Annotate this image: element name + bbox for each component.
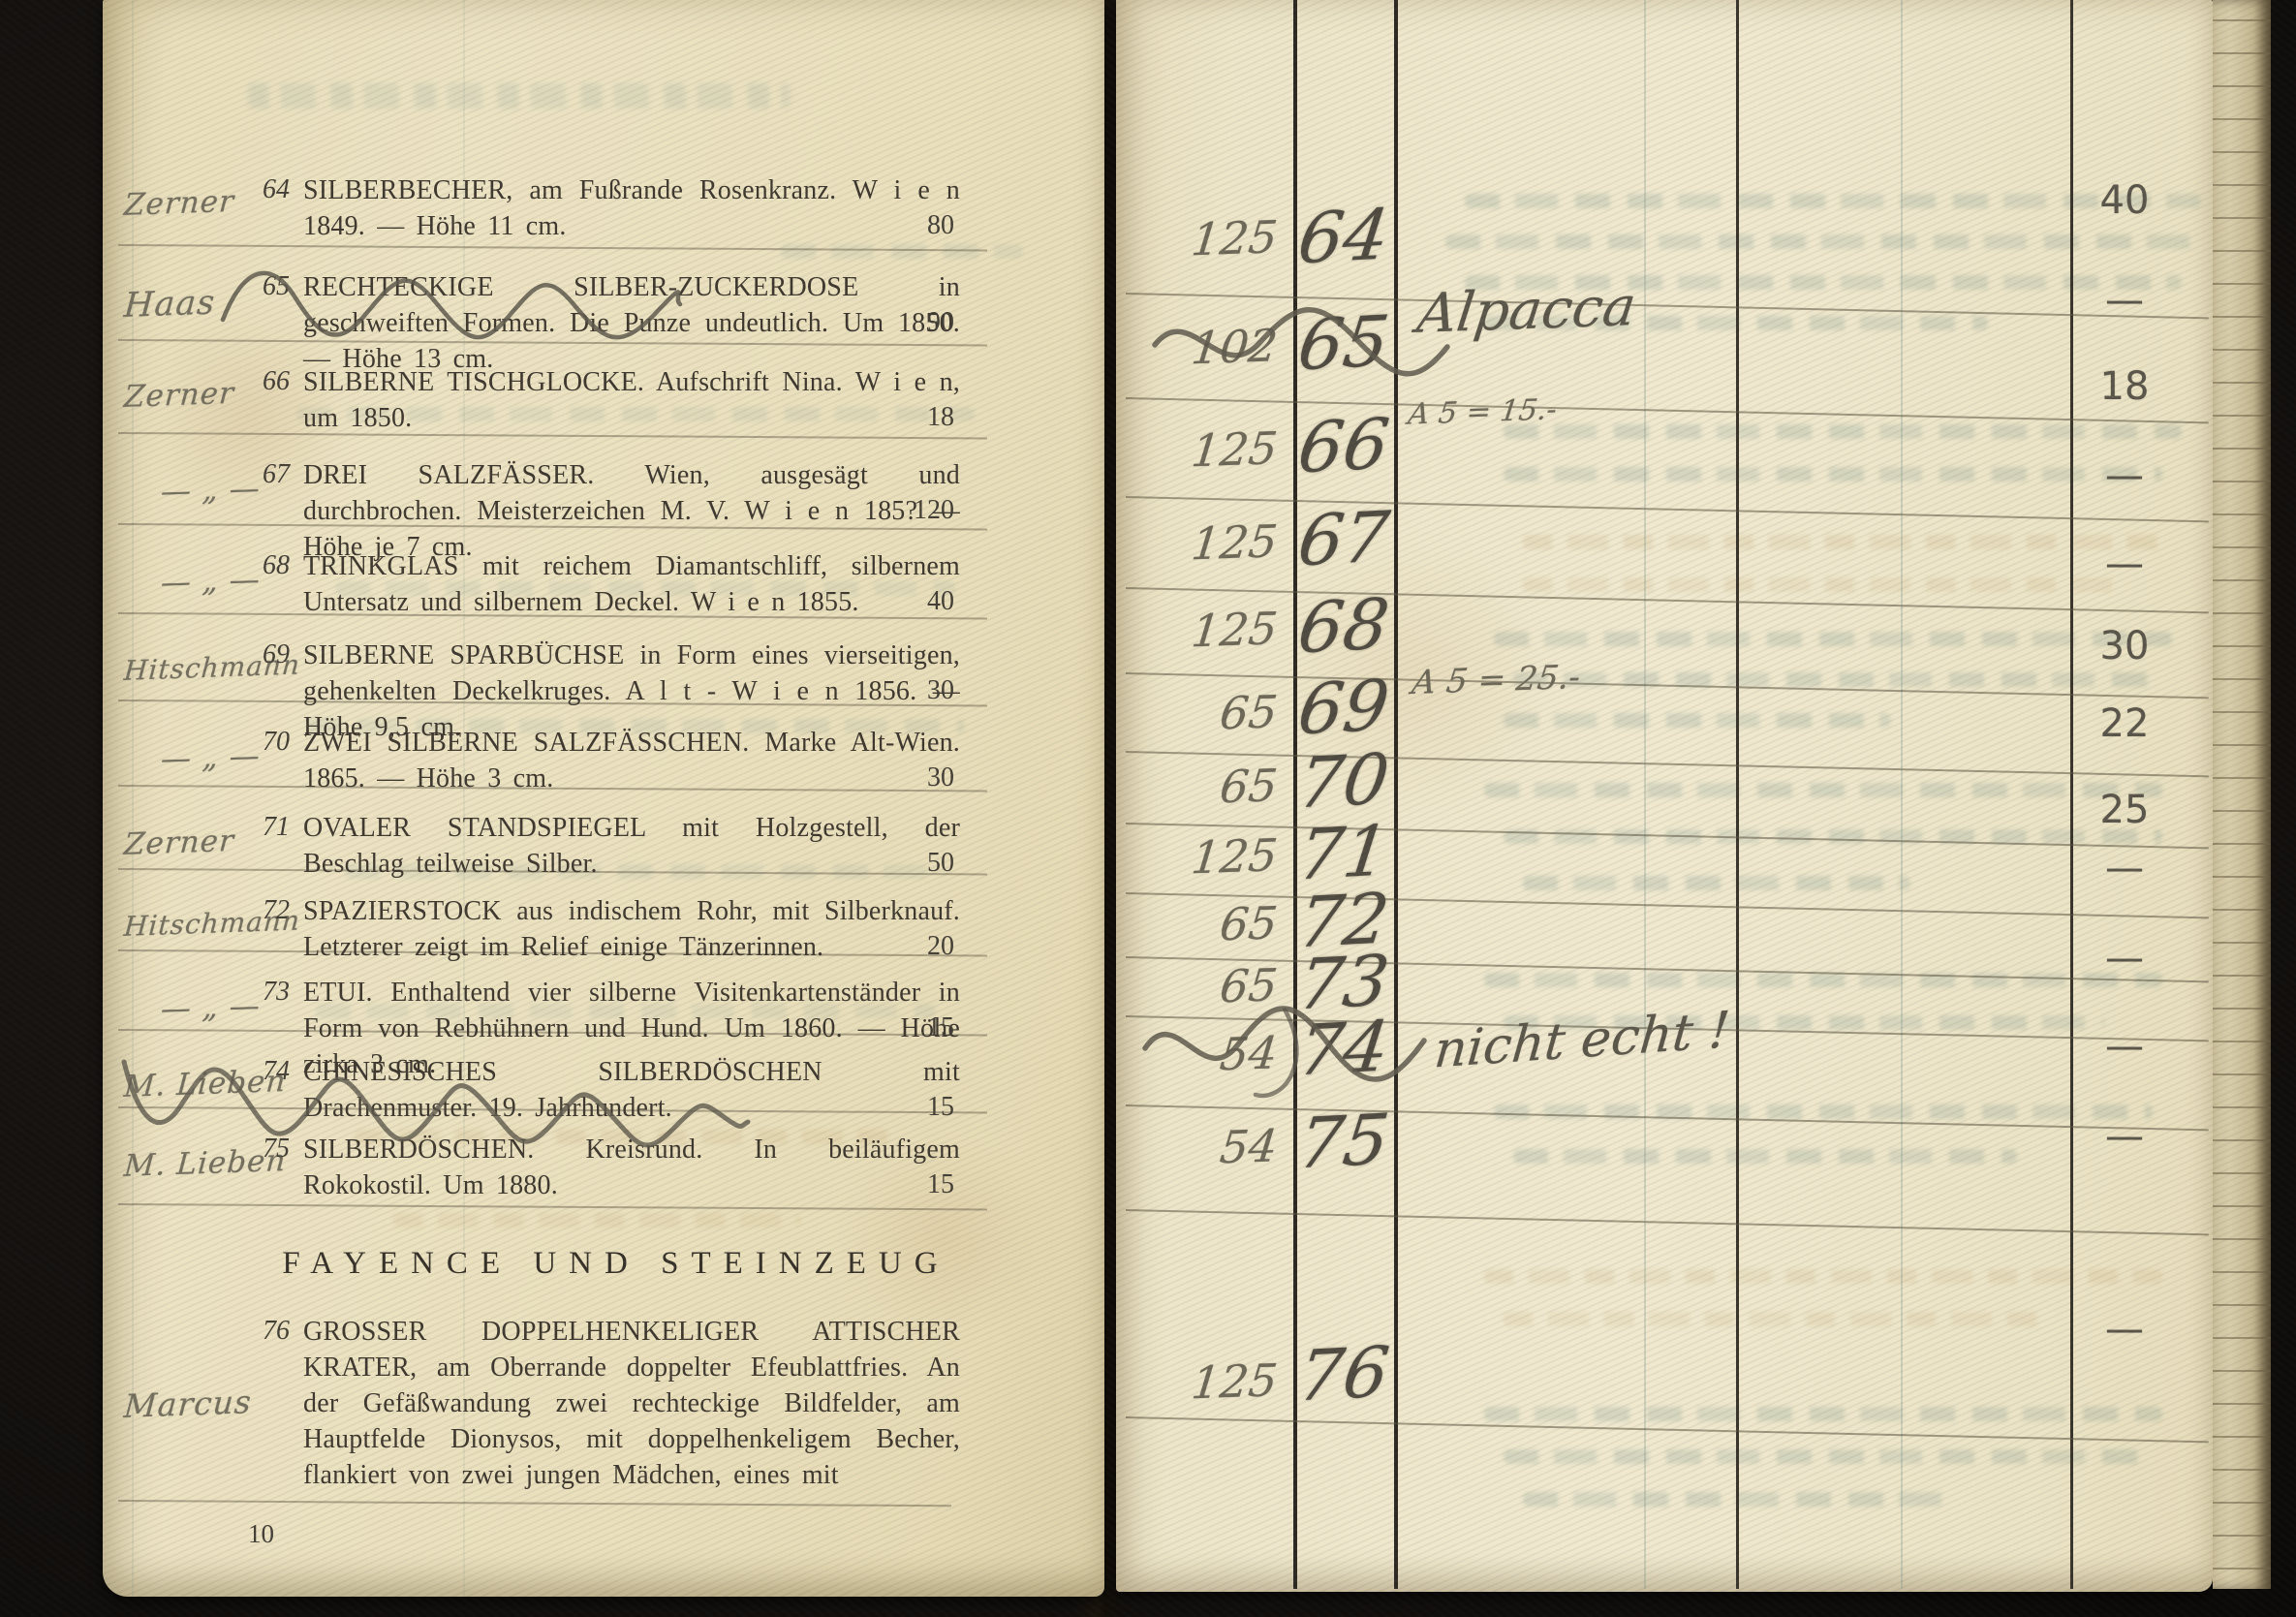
margin-value: — bbox=[2078, 936, 2171, 980]
annotation-a5: A 5 = 25.- bbox=[1410, 658, 1582, 702]
entry-number: 67 bbox=[243, 459, 290, 490]
lot-number: 67 bbox=[1273, 495, 1413, 583]
entry-number: 76 bbox=[243, 1316, 290, 1347]
entry-number: 68 bbox=[243, 550, 290, 581]
lot-number: 76 bbox=[1273, 1330, 1413, 1418]
footer-rule bbox=[118, 1500, 951, 1507]
lot-number: 66 bbox=[1273, 402, 1413, 490]
entry-estimate: 20 bbox=[867, 931, 954, 962]
bleed-through-text bbox=[1484, 783, 2162, 797]
entry-number: 66 bbox=[243, 366, 290, 397]
ledger-column-rule-faint bbox=[1901, 0, 1903, 1589]
catalog-entry-70: 70 ZWEI SILBERNE SALZFÄSSCHEN. Marke Alt… bbox=[243, 725, 960, 796]
margin-value: 25 bbox=[2078, 788, 2171, 832]
margin-value: — bbox=[2078, 542, 2171, 586]
strikethrough-squiggle-row-74 bbox=[1139, 1002, 1430, 1108]
margin-value: — bbox=[2078, 278, 2171, 323]
bleed-through-text bbox=[1504, 1312, 2046, 1326]
bleed-through-text bbox=[1523, 876, 1910, 890]
bleed-through-text bbox=[1445, 234, 2201, 249]
hammer-price: 125 bbox=[1127, 421, 1280, 479]
entry-text: OVALER STANDSPIEGEL mit Holzgestell, der… bbox=[303, 810, 960, 882]
margin-value: 18 bbox=[2078, 364, 2171, 409]
entry-estimate: 15 bbox=[867, 1169, 954, 1200]
hammer-price: 65 bbox=[1127, 685, 1280, 742]
hammer-price: 125 bbox=[1127, 514, 1280, 572]
catalog-entry-72: 72 SPAZIERSTOCK aus indischem Rohr, mit … bbox=[243, 893, 960, 965]
bleed-through-text bbox=[248, 83, 791, 109]
bleed-through-text bbox=[1523, 577, 2124, 592]
bleed-column-rule bbox=[132, 0, 134, 1597]
bleed-through-text bbox=[1523, 535, 2162, 549]
entry-number: 73 bbox=[243, 977, 290, 1008]
right-page: 125 64 40 102 65 Alpacca — 125 66 A 5 = … bbox=[1116, 0, 2213, 1592]
page-deckle-edge bbox=[2213, 0, 2271, 1589]
catalog-entry-66: 66 SILBERNE TISCHGLOCKE. Aufschrift Nina… bbox=[243, 364, 960, 436]
lot-number: 64 bbox=[1273, 193, 1413, 281]
page-number: 10 bbox=[248, 1519, 274, 1549]
book-scan: Zerner Haas Zerner — „ — — „ — Hitschman… bbox=[0, 0, 2296, 1617]
entry-text: SPAZIERSTOCK aus indischem Rohr, mit Sil… bbox=[303, 893, 960, 965]
margin-value: — bbox=[2078, 846, 2171, 890]
hammer-price: 54 bbox=[1127, 1119, 1280, 1176]
strikethrough-squiggle-74 bbox=[120, 1046, 750, 1163]
lot-number: 75 bbox=[1273, 1098, 1413, 1186]
entry-text: SILBERBECHER, am Fußrande Rosenkranz. W … bbox=[303, 172, 960, 244]
margin-value: — bbox=[2078, 1114, 2171, 1159]
bleed-through-text bbox=[1484, 1407, 2162, 1421]
entry-number: 71 bbox=[243, 812, 290, 843]
catalog-entry-71: 71 OVALER STANDSPIEGEL mit Holzgestell, … bbox=[243, 810, 960, 882]
entry-number: 70 bbox=[243, 727, 290, 758]
entry-number: 69 bbox=[243, 639, 290, 670]
entry-text: TRINKGLAS mit reichem Diamantschliff, si… bbox=[303, 548, 960, 620]
strikethrough-squiggle-row-65 bbox=[1151, 312, 1451, 395]
entry-number: 72 bbox=[243, 895, 290, 926]
entry-estimate: 30 bbox=[867, 675, 954, 706]
bleed-through-text bbox=[1504, 829, 2162, 844]
catalog-entry-76: 76 GROSSER DOPPELHENKELIGER ATTISCHER KR… bbox=[243, 1314, 960, 1493]
margin-value: — bbox=[2078, 1024, 2171, 1069]
margin-value: — bbox=[2078, 1307, 2171, 1352]
hammer-price: 125 bbox=[1127, 210, 1280, 267]
hammer-price: 65 bbox=[1127, 896, 1280, 953]
ledger-column-rule-faint bbox=[1644, 0, 1646, 1589]
entry-estimate: 50 bbox=[867, 848, 954, 879]
hammer-price: 65 bbox=[1127, 759, 1280, 816]
bleed-through-text bbox=[393, 1213, 800, 1228]
entry-text: SILBERNE TISCHGLOCKE. Aufschrift Nina. W… bbox=[303, 364, 960, 436]
entry-number: 64 bbox=[243, 174, 290, 205]
ledger-column-rule bbox=[2070, 0, 2073, 1589]
entry-estimate: 30 bbox=[867, 762, 954, 793]
catalog-entry-64: 64 SILBERBECHER, am Fußrande Rosenkranz.… bbox=[243, 172, 960, 244]
bleed-through-text bbox=[1504, 467, 2162, 482]
bleed-through-text bbox=[781, 244, 1023, 259]
entry-estimate: 90 bbox=[867, 307, 954, 338]
ledger-row-rule bbox=[1126, 1209, 2209, 1235]
entry-text: GROSSER DOPPELHENKELIGER ATTISCHER KRATE… bbox=[303, 1314, 960, 1493]
annotation-a5: A 5 = 15.- bbox=[1406, 392, 1558, 431]
left-page: Zerner Haas Zerner — „ — — „ — Hitschman… bbox=[103, 0, 1104, 1597]
catalog-entry-68: 68 TRINKGLAS mit reichem Diamantschliff,… bbox=[243, 548, 960, 620]
entry-estimate: 120 bbox=[867, 495, 954, 526]
ledger-column-rule bbox=[1736, 0, 1739, 1589]
hammer-price: 125 bbox=[1127, 1353, 1280, 1411]
margin-value: 22 bbox=[2078, 701, 2171, 746]
bleed-through-text bbox=[1484, 1269, 2162, 1284]
bleed-through-text bbox=[1504, 1449, 2143, 1464]
annotation-nicht-echt: nicht echt ! bbox=[1432, 1002, 1732, 1080]
entry-text: ZWEI SILBERNE SALZFÄSSCHEN. Marke Alt-Wi… bbox=[303, 725, 960, 796]
entry-estimate: 15 bbox=[867, 1012, 954, 1043]
entry-estimate: 40 bbox=[867, 586, 954, 617]
hammer-price: 125 bbox=[1127, 602, 1280, 659]
bleed-through-text bbox=[1504, 424, 2182, 439]
margin-value: 30 bbox=[2078, 624, 2171, 669]
strikethrough-squiggle-65 bbox=[217, 260, 682, 352]
section-heading: FAYENCE UND STEINZEUG bbox=[248, 1246, 984, 1282]
margin-value: — bbox=[2078, 453, 2171, 498]
hammer-price: 125 bbox=[1127, 828, 1280, 886]
bleed-through-text bbox=[1484, 973, 2162, 987]
bleed-through-text bbox=[1513, 1149, 2017, 1164]
entry-estimate: 15 bbox=[867, 1092, 954, 1123]
bleed-through-text bbox=[1504, 713, 1891, 728]
entry-estimate: 18 bbox=[867, 402, 954, 433]
lot-number: 68 bbox=[1273, 582, 1413, 670]
margin-value: 40 bbox=[2078, 178, 2171, 223]
entry-estimate: 80 bbox=[867, 210, 954, 241]
